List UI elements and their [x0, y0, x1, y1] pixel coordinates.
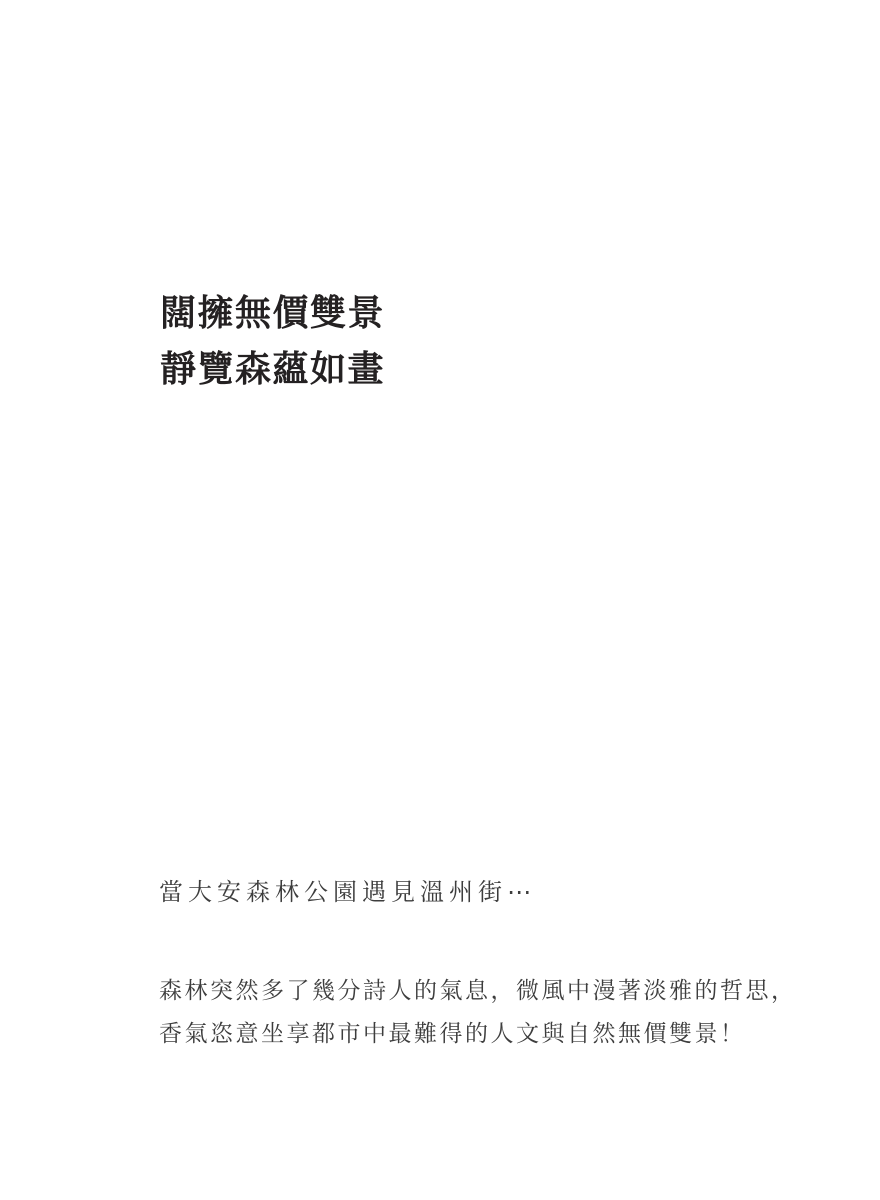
subtitle: 當大安森林公園遇見溫州街⋯: [159, 876, 536, 908]
body-text: 森林突然多了幾分詩人的氣息，微風中漫著淡雅的哲思， 香氣恣意坐享都市中最難得的人…: [159, 970, 797, 1056]
body-line-2: 香氣恣意坐享都市中最難得的人文與自然無價雙景！: [159, 1013, 797, 1056]
headline-line-2: 靜覽森蘊如畫: [160, 342, 385, 398]
brochure-page: 闊擁無價雙景 靜覽森蘊如畫 當大安森林公園遇見溫州街⋯ 森林突然多了幾分詩人的氣…: [0, 0, 880, 1200]
headline: 闊擁無價雙景 靜覽森蘊如畫: [160, 286, 385, 398]
headline-line-1: 闊擁無價雙景: [160, 286, 385, 342]
body-line-1: 森林突然多了幾分詩人的氣息，微風中漫著淡雅的哲思，: [159, 970, 797, 1013]
